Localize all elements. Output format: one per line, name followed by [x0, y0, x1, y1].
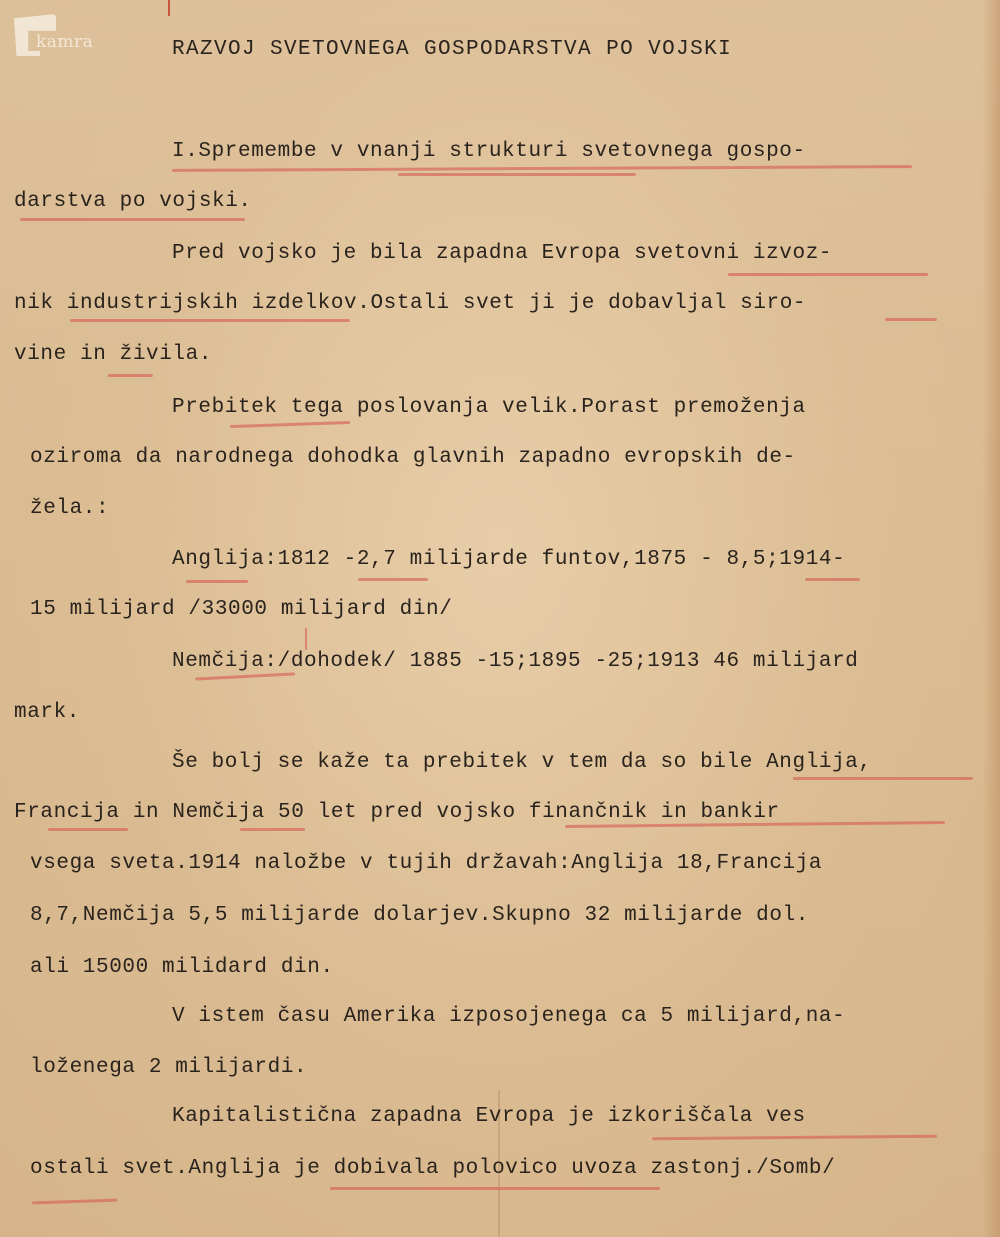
text-line: ostali svet.Anglija je dobivala polovico…: [30, 1157, 835, 1180]
red-underline: [793, 777, 973, 780]
text-line: ali 15000 milidard din.: [30, 956, 334, 979]
document-title: RAZVOJ SVETOVNEGA GOSPODARSTVA PO VOJSKI: [172, 38, 732, 61]
text-line: oziroma da narodnega dohodka glavnih zap…: [30, 446, 796, 469]
red-underline: [398, 173, 636, 176]
text-line-england: Anglija:1812 -2,7 milijarde funtov,1875 …: [172, 548, 845, 571]
text-line: nik industrijskih izdelkov.Ostali svet j…: [14, 292, 806, 315]
red-underline: [48, 828, 128, 831]
red-underline: [20, 218, 245, 221]
text-line: Francija in Nemčija 50 let pred vojsko f…: [14, 801, 780, 824]
red-pencil-mark: [168, 0, 170, 16]
text-line: Še bolj se kaže ta prebitek v tem da so …: [172, 751, 872, 774]
text-line: V istem času Amerika izposojenega ca 5 m…: [172, 1005, 845, 1028]
kamra-watermark-logo: kamra: [12, 12, 112, 58]
paper-edge-shadow: [982, 0, 1000, 1237]
red-underline: [885, 318, 937, 321]
red-underline: [358, 578, 428, 581]
red-underline: [70, 319, 350, 322]
text-line-germany: Nemčija:/dohodek/ 1885 -15;1895 -25;1913…: [172, 650, 859, 673]
text-line: vine in živila.: [14, 343, 212, 366]
text-line: Pred vojsko je bila zapadna Evropa sveto…: [172, 242, 832, 265]
text-line: vsega sveta.1914 naložbe v tujih državah…: [30, 852, 822, 875]
red-underline: [728, 273, 928, 276]
red-pencil-stroke: [305, 628, 307, 650]
text-line: 15 milijard /33000 milijard din/: [30, 598, 452, 621]
red-underline: [240, 828, 305, 831]
text-line: Prebitek tega poslovanja velik.Porast pr…: [172, 396, 806, 419]
red-underline: [186, 580, 248, 583]
red-underline: [330, 1187, 660, 1190]
text-line: Kapitalistična zapadna Evropa je izkoriš…: [172, 1105, 806, 1128]
text-line: loženega 2 milijardi.: [30, 1056, 307, 1079]
section-heading-line-2: darstva po vojski.: [14, 190, 252, 213]
text-line: 8,7,Nemčija 5,5 milijarde dolarjev.Skupn…: [30, 904, 809, 927]
red-underline: [805, 578, 860, 581]
section-heading-line-1: I.Spremembe v vnanji strukturi svetovneg…: [172, 140, 806, 163]
red-underline: [108, 374, 153, 377]
kamra-logo-text: kamra: [36, 32, 93, 52]
text-line: žela.:: [30, 497, 109, 520]
text-line: mark.: [14, 701, 80, 724]
